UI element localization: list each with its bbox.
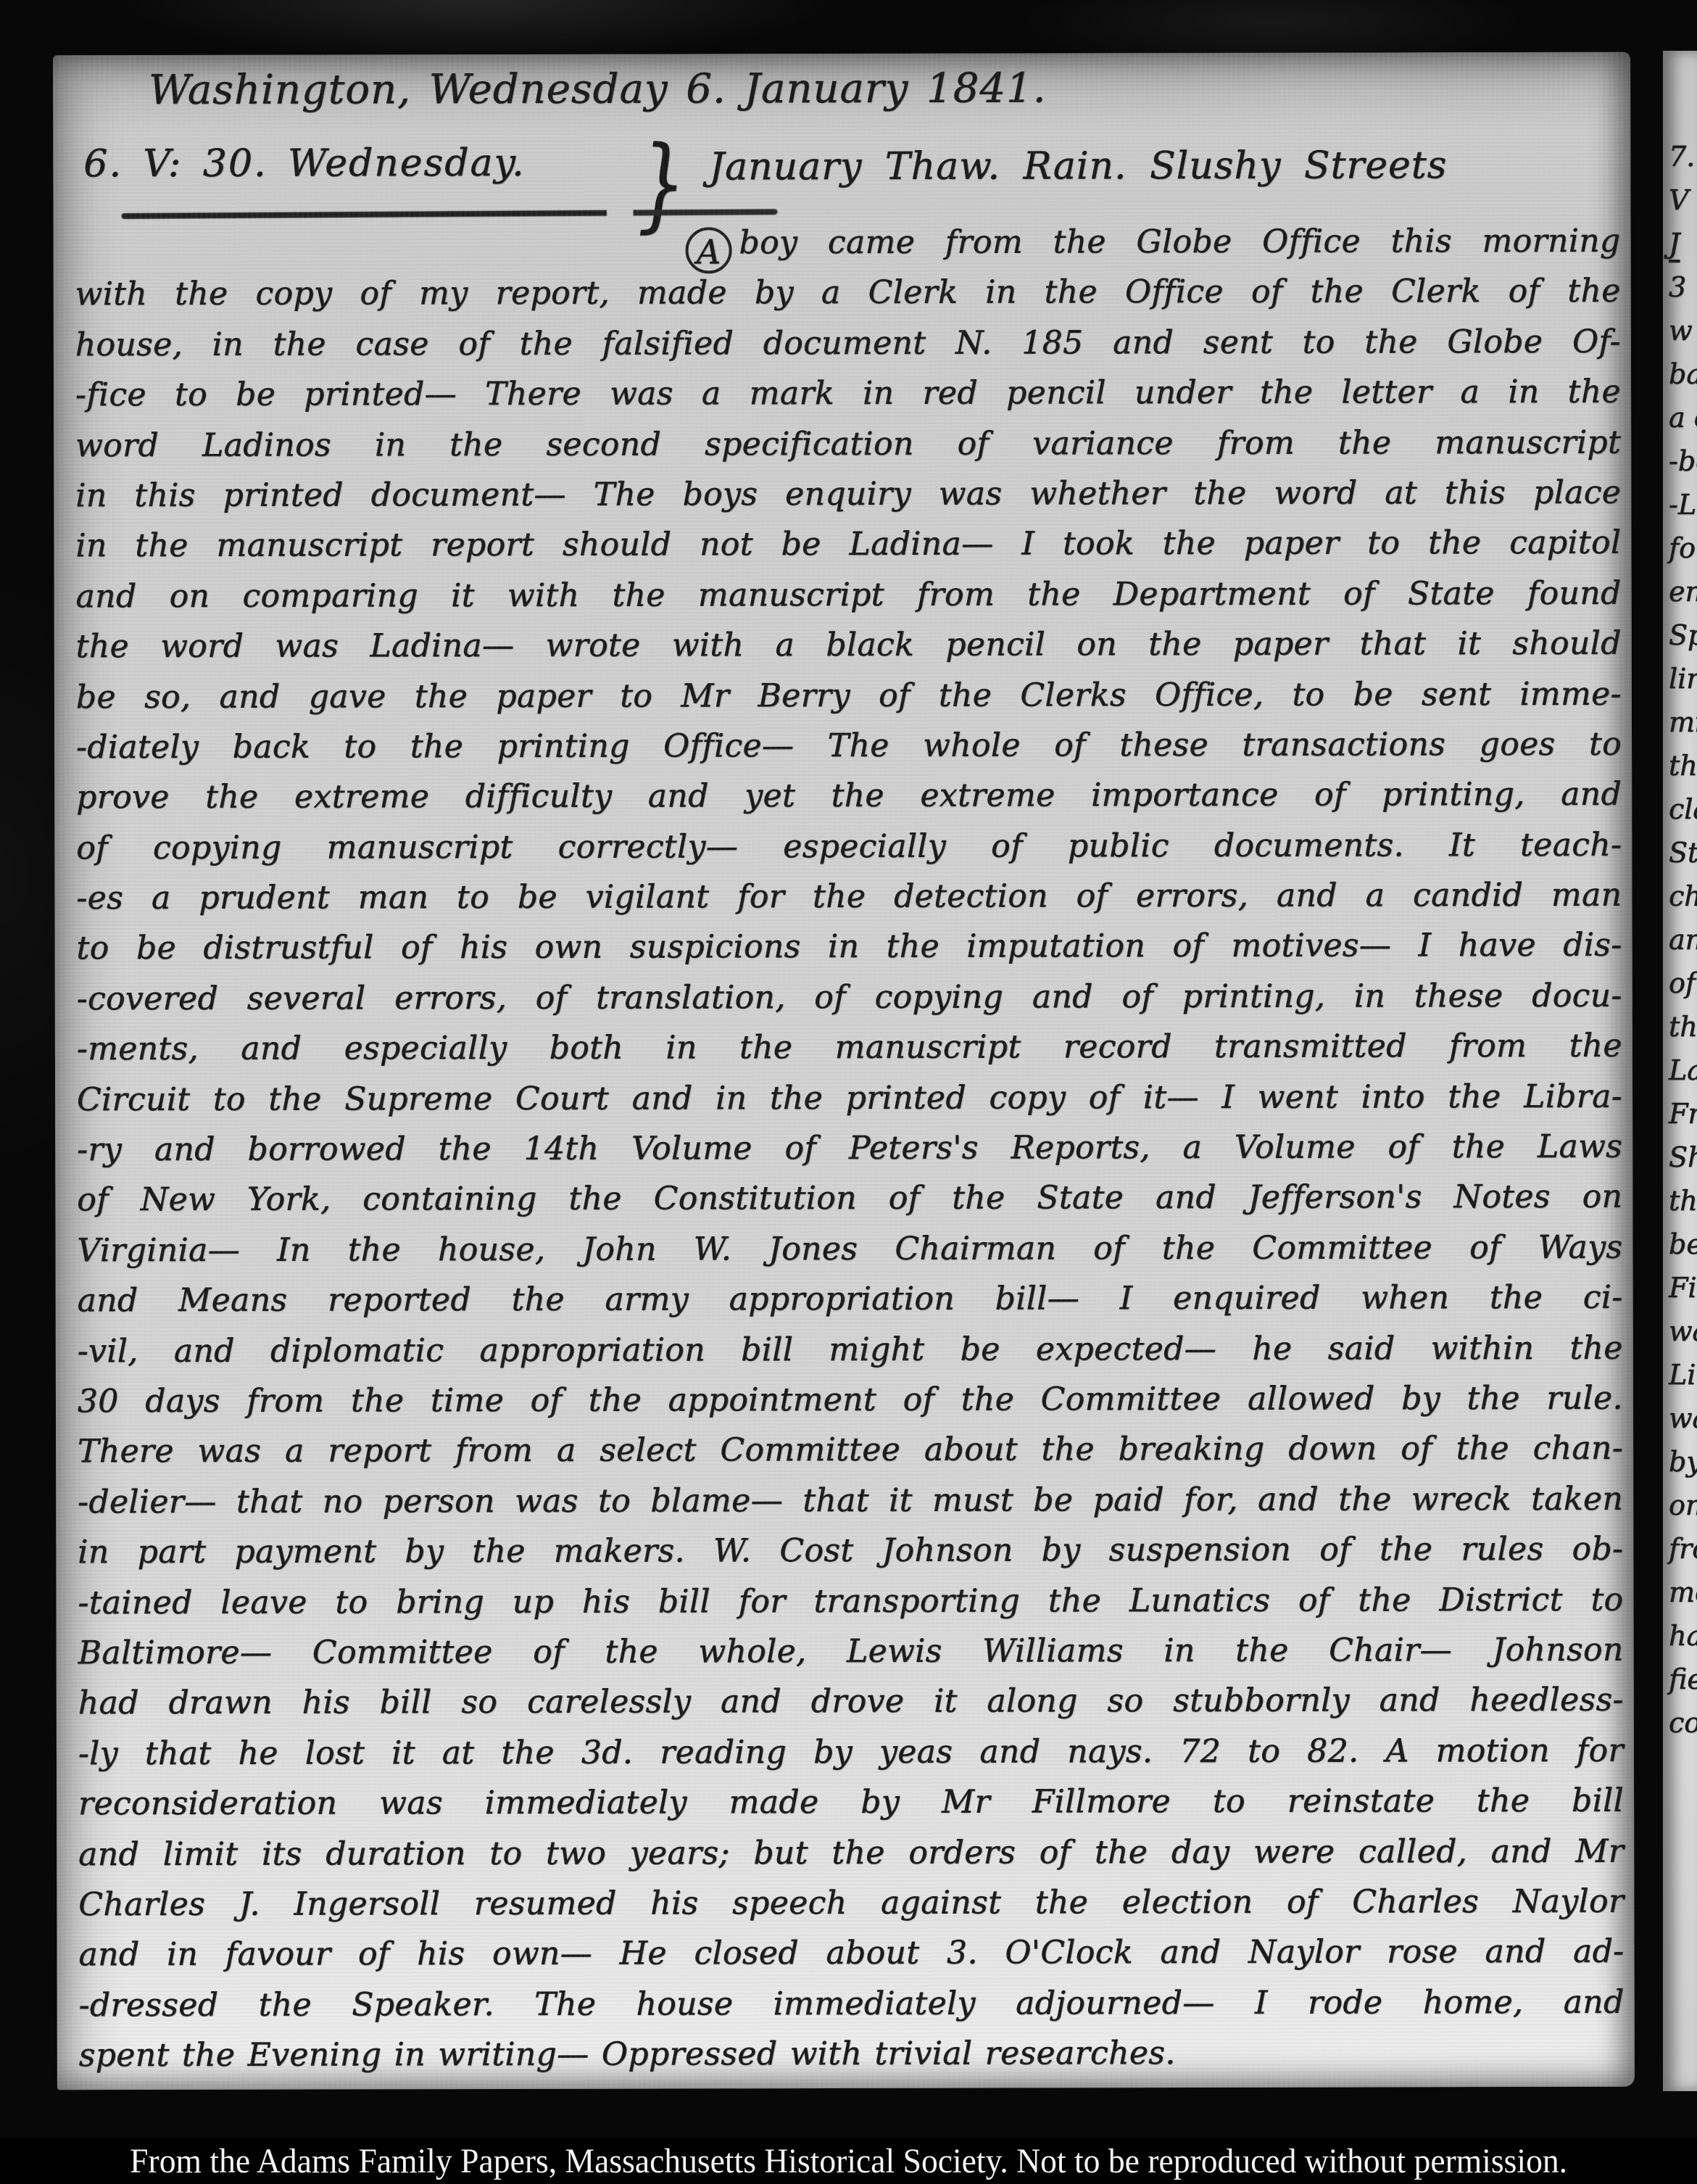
manuscript-line: -dressed the Speaker. The house immediat…	[79, 1977, 1625, 2030]
manuscript-body: Aboy came from the Globe Office this mor…	[75, 216, 1625, 2081]
manuscript-line: -covered several errors, of translation,…	[77, 971, 1622, 1025]
facing-page-fragment: fie	[1663, 1658, 1697, 1701]
manuscript-line: and Means reported the army appropriatio…	[78, 1273, 1623, 1326]
facing-page-fragment: -be	[1663, 439, 1697, 483]
facing-page-fragment: lin	[1663, 657, 1697, 700]
manuscript-line: had drawn his bill so carelessly and dro…	[78, 1675, 1624, 1729]
manuscript-page: Washington, Wednesday 6. January 1841. 6…	[53, 52, 1635, 2090]
manuscript-line: -fice to be printed— There was a mark in…	[75, 367, 1621, 421]
facing-page-fragment: fro	[1663, 1527, 1697, 1571]
manuscript-line: to be distrustful of his own suspicions …	[77, 920, 1622, 974]
manuscript-line: -delier— that no person was to blame— th…	[78, 1474, 1623, 1528]
facing-page-fragment: ba	[1663, 352, 1697, 396]
manuscript-line: -ments, and especially both in the manus…	[77, 1021, 1622, 1075]
weather-note: January Thaw. Rain. Slushy Streets	[709, 144, 1447, 189]
manuscript-lines: with the copy of my report, made by a Cl…	[75, 266, 1625, 2081]
facing-page-fragment: be p	[1663, 1223, 1697, 1266]
manuscript-line: prove the extreme difficulty and yet the…	[76, 769, 1622, 823]
manuscript-line: -ry and borrowed the 14th Volume of Pete…	[77, 1122, 1622, 1175]
manuscript-line: spent the Evening in writing— Oppressed …	[79, 2027, 1625, 2081]
manuscript-line: and on comparing it with the manuscript …	[76, 568, 1622, 621]
facing-page-fragment: mi	[1663, 700, 1697, 744]
manuscript-line: word Ladinos in the second specification…	[75, 417, 1621, 471]
facing-page-fragment: of	[1663, 961, 1697, 1005]
facing-page-fragment: the	[1663, 744, 1697, 787]
facing-page-fragment: was	[1663, 1397, 1697, 1440]
facing-page-fragment: for	[1663, 526, 1697, 570]
circled-initial: A	[686, 227, 732, 273]
facing-page-fragment: an	[1663, 918, 1697, 961]
manuscript-line: the word was Ladina— wrote with a black …	[76, 619, 1622, 672]
manuscript-line: of copying manuscript correctly— especia…	[76, 819, 1622, 873]
facing-page-fragment: was	[1663, 1310, 1697, 1353]
facing-page-fragment: en	[1663, 570, 1697, 613]
facing-page-fragment: cla	[1663, 787, 1697, 831]
facing-page-fragment: tha	[1663, 1179, 1697, 1223]
manuscript-line: house, in the case of the falsified docu…	[75, 317, 1621, 371]
manuscript-line: Circuit to the Supreme Court and in the …	[77, 1071, 1622, 1125]
facing-page-fragment: ch	[1663, 874, 1697, 918]
caption-text: From the Adams Family Papers, Massachuse…	[130, 2141, 1567, 2181]
facing-page-fragment: J	[1663, 222, 1697, 265]
facing-page-fragment: on	[1663, 1484, 1697, 1527]
manuscript-line: in the manuscript report should not be L…	[75, 518, 1621, 571]
facing-page-fragment: Lin	[1663, 1353, 1697, 1397]
facing-page-fragment: by y	[1663, 1440, 1697, 1484]
manuscript-line: -ly that he lost it at the 3d. reading b…	[78, 1725, 1624, 1779]
caption-bar: From the Adams Family Papers, Massachuse…	[0, 2138, 1697, 2184]
facing-page-fragment: hal	[1663, 1614, 1697, 1658]
facing-page-fragment: -La	[1663, 483, 1697, 526]
opening-line-text: boy came from the Globe Office this morn…	[739, 223, 1621, 262]
manuscript-line: with the copy of my report, made by a Cl…	[75, 266, 1621, 320]
manuscript-line: -diately back to the printing Office— Th…	[76, 719, 1622, 773]
facing-page-fragment: Fr	[1663, 1092, 1697, 1136]
facing-page-fragments: 7.VJ3wbaa c-be-LaforenSplinmitheclaStach…	[1663, 51, 1697, 1745]
manuscript-line: -vil, and diplomatic appropriation bill …	[78, 1323, 1623, 1376]
manuscript-line: -tained leave to bring up his bill for t…	[78, 1574, 1623, 1628]
facing-page-strip: 7.VJ3wbaa c-be-LaforenSplinmitheclaStach…	[1663, 51, 1697, 2091]
facing-page-fragment: 7.	[1663, 135, 1697, 178]
facing-page-fragment: Sp	[1663, 613, 1697, 657]
manuscript-line: Baltimore— Committee of the whole, Lewis…	[78, 1625, 1624, 1679]
manuscript-line: Virginia— In the house, John W. Jones Ch…	[77, 1223, 1622, 1276]
manuscript-opening-line: Aboy came from the Globe Office this mor…	[686, 216, 1621, 268]
manuscript-line: reconsideration was immediately made by …	[78, 1776, 1624, 1829]
manuscript-line: There was a report from a select Committ…	[78, 1423, 1623, 1477]
facing-page-fragment: Fil	[1663, 1266, 1697, 1310]
manuscript-line: and in favour of his own— He closed abou…	[78, 1927, 1624, 1980]
manuscript-line: in this printed document— The boys enqui…	[75, 468, 1621, 521]
facing-page-fragment: the	[1663, 1005, 1697, 1048]
manuscript-line: of New York, containing the Constitution…	[77, 1172, 1622, 1225]
facing-page-fragment: mo	[1663, 1571, 1697, 1614]
facing-page-fragment: Sh	[1663, 1136, 1697, 1179]
facing-page-fragment: 3	[1663, 265, 1697, 309]
facing-page-fragment: w	[1663, 309, 1697, 352]
dateline: Washington, Wednesday 6. January 1841.	[149, 65, 1046, 114]
manuscript-line: -es a prudent man to be vigilant for the…	[76, 870, 1622, 924]
facing-page-fragment: a c	[1663, 396, 1697, 439]
facing-page-fragment: V	[1663, 178, 1697, 222]
facing-page-fragment: Sta	[1663, 831, 1697, 874]
manuscript-line: in part payment by the makers. W. Cost J…	[78, 1524, 1623, 1578]
facing-page-fragment: co	[1663, 1701, 1697, 1745]
manuscript-line: 30 days from the time of the appointment…	[78, 1373, 1623, 1427]
manuscript-line: and limit its duration to two years; but…	[78, 1826, 1624, 1879]
facing-page-fragment: La	[1663, 1048, 1697, 1092]
margin-date: 6. V: 30. Wednesday.	[83, 141, 525, 186]
manuscript-line: Charles J. Ingersoll resumed his speech …	[78, 1877, 1624, 1930]
manuscript-line: be so, and gave the paper to Mr Berry of…	[76, 669, 1622, 722]
